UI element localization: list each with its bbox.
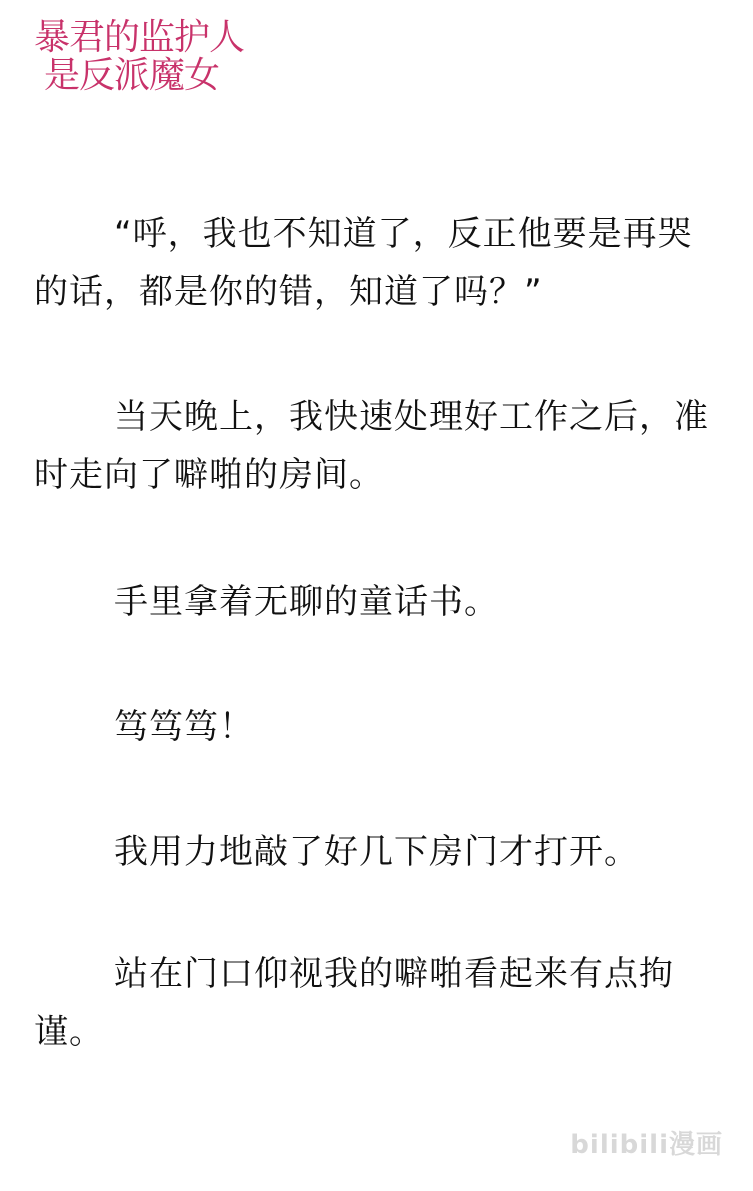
logo-line-1: 暴君的监护人	[34, 20, 270, 56]
paragraph-3: 手里拿着无聊的童话书。	[34, 573, 724, 631]
paragraph-text: 当天晚上，我快速处理好工作之后，准时走向了噼啪的房间。	[34, 397, 709, 495]
paragraph-6: 站在门口仰视我的噼啪看起来有点拘谨。	[34, 945, 724, 1061]
paragraph-text: 我用力地敲了好几下房门才打开。	[114, 832, 639, 872]
paragraph-5: 我用力地敲了好几下房门才打开。	[34, 823, 724, 881]
paragraph-text: 站在门口仰视我的噼啪看起来有点拘谨。	[34, 954, 674, 1052]
paragraph-1: “呼，我也不知道了，反正他要是再哭的话，都是你的错，知道了吗？”	[34, 205, 724, 321]
paragraph-text: 笃笃笃！	[114, 707, 254, 747]
paragraph-text: “呼，我也不知道了，反正他要是再哭的话，都是你的错，知道了吗？”	[34, 214, 693, 312]
paragraph-4: 笃笃笃！	[34, 698, 724, 756]
comic-title-logo: 暴君的监护人 是反派魔女	[30, 20, 270, 94]
bilibili-comics-watermark: bilibili漫画	[570, 1124, 723, 1161]
logo-line-2: 是反派魔女	[44, 58, 270, 94]
paragraph-2: 当天晚上，我快速处理好工作之后，准时走向了噼啪的房间。	[34, 388, 724, 504]
paragraph-text: 手里拿着无聊的童话书。	[114, 582, 499, 622]
